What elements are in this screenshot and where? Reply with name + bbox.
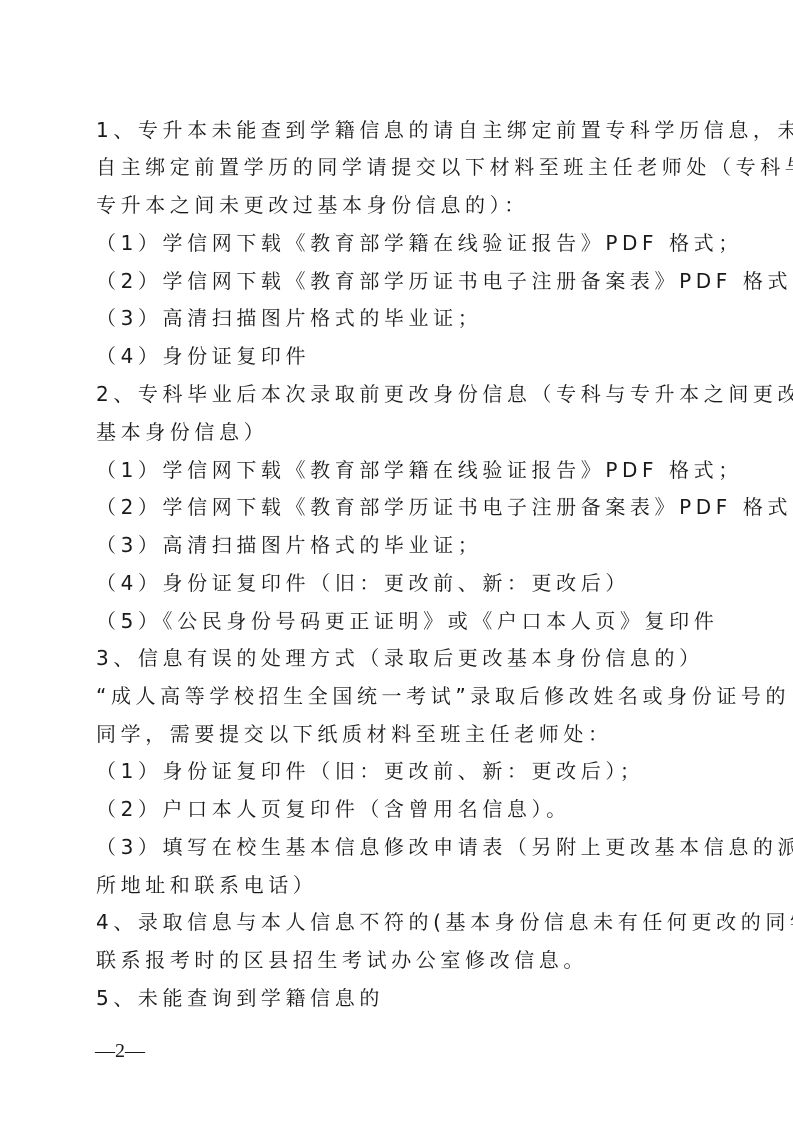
text-line: （4）身份证复印件（旧：更改前、新：更改后） [96,568,630,598]
text-line: （1）学信网下载《教育部学籍在线验证报告》PDF 格式； [96,455,743,485]
text-line: （4）身份证复印件 [96,341,310,371]
page-number: —2— [95,1040,145,1063]
text-line: 专升本之间未更改过基本身份信息的）： [96,190,529,220]
text-line: （2）学信网下载《教育部学历证书电子注册备案表》PDF 格式； [96,266,793,296]
text-line: 自主绑定前置学历的同学请提交以下材料至班主任老师处（专科与 [96,152,793,182]
text-line: 基本身份信息） [96,417,268,447]
text-line: 2、专科毕业后本次录取前更改身份信息（专科与专升本之间更改过 [96,379,793,409]
text-line: （1）学信网下载《教育部学籍在线验证报告》PDF 格式； [96,228,743,258]
text-line: （3）高清扫描图片格式的毕业证； [96,530,482,560]
text-line: 5、未能查询到学籍信息的 [96,983,384,1013]
text-line: 联系报考时的区县招生考试办公室修改信息。 [96,945,588,975]
document-page: 1、专升本未能查到学籍信息的请自主绑定前置专科学历信息，未能 自主绑定前置学历的… [0,0,793,1122]
text-line: 同学，需要提交以下纸质材料至班主任老师处： [96,719,613,749]
text-line: （3）高清扫描图片格式的毕业证； [96,303,482,333]
text-line: （2）学信网下载《教育部学历证书电子注册备案表》PDF 格式； [96,492,793,522]
text-line: 所地址和联系电话） [96,870,317,900]
text-line: （5）《公民身份号码更正证明》或《户口本人页》复印件 [96,606,718,636]
text-line: 1、专升本未能查到学籍信息的请自主绑定前置专科学历信息，未能 [96,115,793,145]
text-line: 3、信息有误的处理方式（录取后更改基本身份信息的） [96,643,704,673]
text-line: “成人高等学校招生全国统一考试”录取后修改姓名或身份证号的 [96,681,790,711]
text-line: （2）户口本人页复印件（含曾用名信息）。 [96,794,571,824]
text-line: 4、录取信息与本人信息不符的(基本身份信息未有任何更改的同学） [96,907,793,937]
text-line: （3）填写在校生基本信息修改申请表（另附上更改基本信息的派出 [96,832,793,862]
text-line: （1）身份证复印件（旧：更改前、新：更改后）； [96,756,645,786]
